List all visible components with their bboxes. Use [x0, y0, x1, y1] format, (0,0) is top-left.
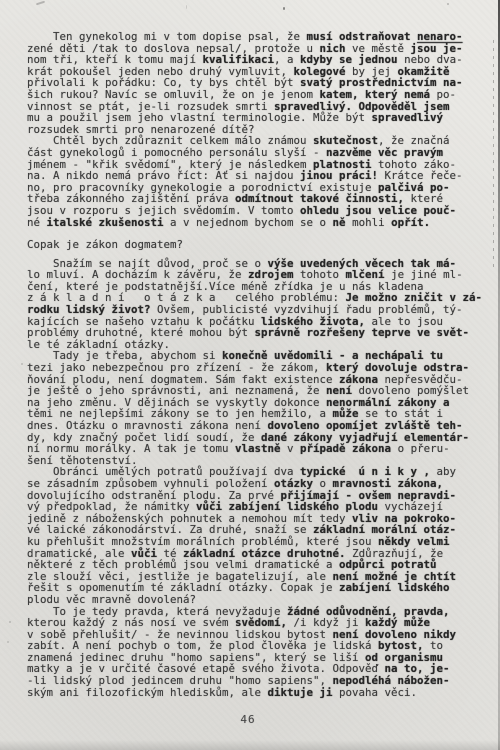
scan-crease-line: [493, 40, 494, 270]
text-line: -li lidský plod jedincem druhu "homo sap…: [27, 675, 493, 687]
text-line: mu a použil jsem jeho vlastní terminolog…: [27, 112, 493, 124]
scan-speck: [36, 1, 45, 6]
paragraph: Tady je třeba, abychom si konečně uvědom…: [27, 350, 493, 466]
scan-speck: [21, 363, 23, 365]
paragraph: Obránci umělých potratů používají dva ty…: [27, 466, 493, 605]
paragraph: Ten gynekolog mi v tom dopise psal, že m…: [27, 31, 493, 135]
paragraph: Snažím se najít důvod, proč se o výše uv…: [27, 258, 493, 351]
paragraph: To je tedy pravda, která nevyžaduje žádn…: [27, 606, 493, 699]
paragraph: Chtěl bych zdůraznit celkem málo známou …: [27, 135, 493, 228]
text-line: né italské zkušenosti a v nejednom bycho…: [27, 217, 493, 229]
scan-speck: [283, 7, 285, 10]
scan-speck: [186, 5, 187, 9]
scan-speck: [9, 621, 11, 623]
section-heading: Copak je zákon dogmatem?: [27, 239, 493, 251]
typewritten-text: Ten gynekolog mi v tom dopise psal, že m…: [27, 31, 493, 698]
scan-speck: [447, 3, 449, 5]
text-line: tezi jako nebezpečnou pro zřízení - že z…: [27, 362, 493, 374]
text-line: Copak je zákon dogmatem?: [27, 239, 493, 251]
text-line: část gynekologů i pomocného personálu sl…: [27, 147, 493, 159]
page-number: 46: [0, 713, 496, 726]
document-page: Ten gynekolog mi v tom dopise psal, že m…: [0, 0, 500, 750]
text-line: rodku lidský život? Ovšem, publicisté vy…: [27, 304, 493, 316]
text-line: ským ani filozofickým hlediskům, ale dik…: [27, 687, 493, 699]
scan-speck: [7, 641, 9, 643]
